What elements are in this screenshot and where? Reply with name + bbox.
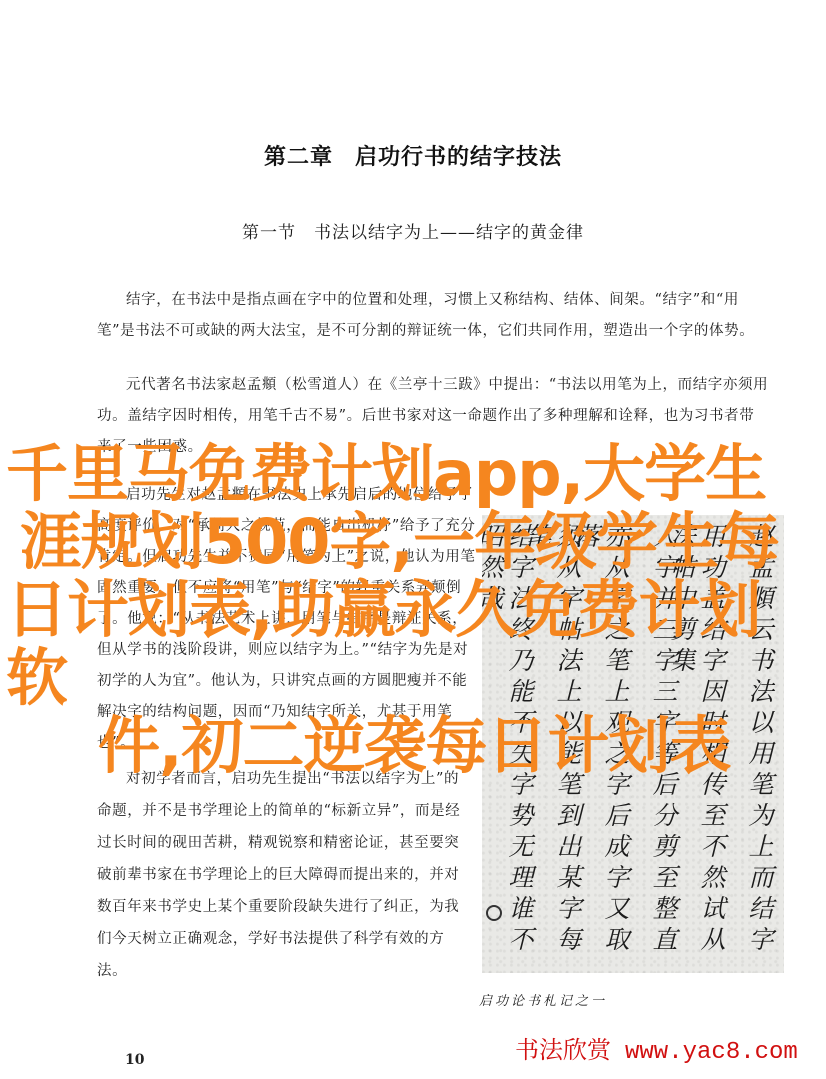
overlay-line: 千里马免费计划app,大学生 xyxy=(6,440,820,508)
watermark-site-name: 书法欣赏 xyxy=(515,1036,611,1064)
book-page: 第二章启功行书的结字技法 第一节书法以结字为上——结字的黄金律 结字，在书法中是… xyxy=(0,0,826,1079)
section-number: 第一节 xyxy=(242,223,296,243)
section-title: 第一节书法以结字为上——结字的黄金律 xyxy=(0,218,826,243)
chapter-name: 启功行书的结字技法 xyxy=(355,145,562,170)
section-name: 书法以结字为上——结字的黄金律 xyxy=(314,223,584,243)
site-watermark[interactable]: 书法欣赏www.yac8.com xyxy=(515,1030,798,1066)
overlay-headline: 千里马免费计划app,大学生 涯规划500字,一年级学生每 日计划表,助赢永久免… xyxy=(0,440,826,780)
paragraph-4: 对初学者而言，启功先生提出“书法以结字为上”的命题，并不是书学理论上的简单的“标… xyxy=(97,763,467,987)
figure-caption: 启功论书札记之一 xyxy=(0,990,826,1009)
seal-stamp-icon xyxy=(486,905,502,921)
watermark-url: www.yac8.com xyxy=(625,1039,798,1066)
overlay-line: 涯规划500字,一年级学生每 xyxy=(6,508,820,576)
overlay-line: 日计划表,助赢永久免费计划软 xyxy=(6,576,820,712)
chapter-number: 第二章 xyxy=(264,145,333,170)
paragraph-text: 结字，在书法中是指点画在字中的位置和处理，习惯上又称结构、结体、间架。“结字”和… xyxy=(97,285,769,347)
paragraph-text: 对初学者而言，启功先生提出“书法以结字为上”的命题，并不是书学理论上的简单的“标… xyxy=(97,763,467,987)
overlay-line: 件,初二逆袭每日计划表 xyxy=(6,712,820,780)
paragraph-1: 结字，在书法中是指点画在字中的位置和处理，习惯上又称结构、结体、间架。“结字”和… xyxy=(97,285,769,347)
page-number: 10 xyxy=(125,1052,144,1068)
chapter-title: 第二章启功行书的结字技法 xyxy=(0,140,826,171)
